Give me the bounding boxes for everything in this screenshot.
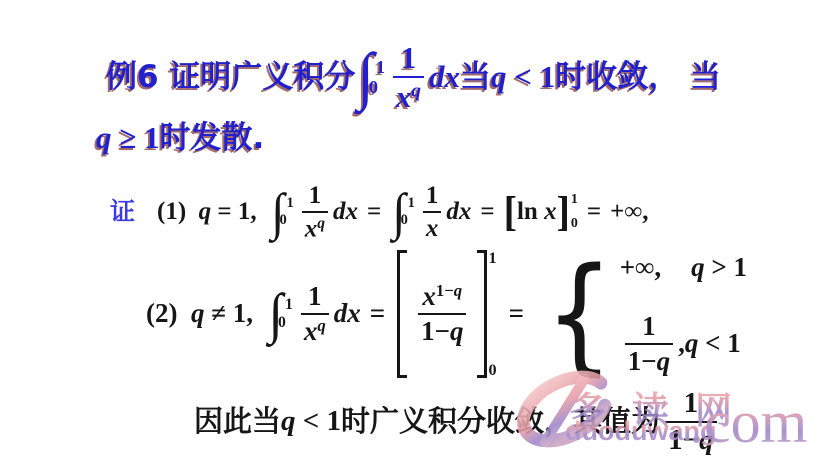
- den-one-minus: 1−: [628, 346, 657, 376]
- case2-cond: ≠ 1,: [204, 299, 253, 329]
- denominator: xq: [301, 315, 329, 345]
- case1-cond: = 1,: [211, 198, 257, 226]
- fraction-title: 1 xq: [393, 42, 424, 112]
- differential-dx: dx: [334, 299, 361, 329]
- bracket-limits: 1 0: [571, 193, 578, 231]
- fraction-1-over-x: 1 x: [423, 183, 442, 241]
- fraction-1-over-xq: 1 xq: [302, 183, 328, 242]
- ln-operator: ln: [517, 198, 544, 226]
- denominator: xq: [393, 78, 424, 112]
- fraction-value: 1 1−q: [665, 389, 717, 455]
- den-one-minus: 1−: [668, 424, 699, 456]
- denominator: 1−q: [418, 315, 466, 345]
- result-infinity: +∞,: [610, 198, 648, 226]
- num-base: x: [422, 281, 436, 311]
- fraction-1-over-xq: 1 xq: [301, 283, 329, 345]
- conclusion-text: 时广义积分收敛，其值为: [341, 406, 660, 438]
- integral-3: ∫ 1 0: [269, 289, 294, 339]
- bracket-lower: 0: [571, 217, 578, 231]
- title-line-1: 例6 证明广义积分 ∫ 1 0 1 xq dx 当q < 1时收敛， 当: [106, 34, 721, 120]
- denominator: 1−q: [625, 345, 673, 375]
- title-text-converge: 时收敛， 当: [555, 60, 721, 94]
- cases-block: +∞, q > 1 1 1−q , q < 1: [620, 250, 747, 378]
- den-base: x: [396, 79, 412, 114]
- bracketed-antiderivative: x1−q 1−q 1 0: [397, 250, 496, 378]
- conclusion-line: 因此当q < 1时广义积分收敛，其值为 1 1−q: [194, 388, 722, 456]
- exp-one-minus: 1−: [436, 281, 454, 300]
- upper-limit: 1: [376, 58, 385, 76]
- integral-title: ∫ 1 0: [357, 48, 386, 105]
- bracket-lower: 0: [488, 362, 496, 378]
- equals-sign: =: [509, 299, 524, 329]
- upper-limit: 1: [287, 196, 294, 211]
- numerator: x1−q: [419, 283, 465, 313]
- conclusion-lt-1: < 1: [296, 406, 342, 438]
- title-var-q: q: [491, 60, 507, 94]
- equals-sign: =: [370, 299, 385, 329]
- integral-sign: ∫: [271, 187, 284, 236]
- left-square-bracket: [397, 250, 407, 378]
- integral-sign: ∫: [357, 47, 374, 108]
- den-base: x: [305, 215, 318, 242]
- num-exponent: 1−q: [436, 281, 462, 300]
- upper-limit: 1: [408, 196, 415, 211]
- ln-argument-x: x: [544, 198, 557, 226]
- cases-brace: {: [545, 254, 614, 375]
- equals-sign: =: [587, 198, 601, 226]
- numerator: 1: [681, 389, 702, 421]
- differential-dx: dx: [429, 60, 460, 94]
- numerator: 1: [306, 183, 325, 211]
- cond-var-q: q: [685, 329, 699, 359]
- left-bracket: [: [504, 191, 517, 233]
- case2-label: (2): [146, 299, 177, 329]
- numerator: 1: [639, 313, 659, 343]
- slide: { "colors": { "title_blue": "#2020cf", "…: [0, 0, 827, 460]
- title2-var-q: q: [96, 121, 112, 155]
- den-q: q: [657, 346, 671, 376]
- conclusion-prefix: 因此当: [194, 406, 281, 438]
- den-one-minus: 1−: [421, 316, 450, 346]
- numerator: 1: [398, 42, 420, 76]
- equals-sign: =: [367, 198, 381, 226]
- bracket-limits: 1 0: [487, 250, 496, 378]
- fraction-1-over-1mq: 1 1−q: [625, 313, 673, 375]
- cond-var-q: q: [691, 253, 705, 283]
- differential-dx: dx: [333, 198, 358, 226]
- denominator: x: [423, 213, 442, 241]
- integral-sign: ∫: [392, 187, 405, 236]
- title2-geq-1: ≥ 1: [112, 121, 160, 155]
- den-exponent: q: [317, 316, 325, 335]
- den-base: x: [304, 316, 318, 346]
- equals-sign: =: [480, 198, 494, 226]
- proof-marker: 证: [110, 198, 135, 226]
- integral-sign: ∫: [269, 287, 283, 340]
- integral-1: ∫ 1 0: [271, 189, 295, 235]
- title-line-2: q ≥ 1时发散.: [96, 112, 264, 164]
- title-text-dang: 当: [460, 60, 491, 94]
- value-infinity: +∞,: [620, 253, 661, 283]
- right-bracket: ]: [557, 191, 570, 233]
- numerator: 1: [305, 283, 325, 313]
- denominator: 1−q: [665, 423, 717, 455]
- denominator: xq: [302, 213, 328, 242]
- bracket-upper: 1: [488, 250, 496, 266]
- case1-label: (1): [157, 198, 186, 226]
- cond-lt-1: < 1: [698, 329, 740, 359]
- cond-gt-1: > 1: [705, 253, 747, 283]
- differential-dx: dx: [446, 198, 471, 226]
- case1-var-q: q: [199, 198, 212, 226]
- den-exponent: q: [317, 215, 325, 232]
- upper-limit: 1: [285, 297, 293, 313]
- title2-text-diverge: 时发散.: [160, 121, 265, 155]
- case-row-q-lt-1: 1 1−q , q < 1: [620, 313, 747, 375]
- integral-2: ∫ 1 0: [392, 189, 416, 235]
- numerator: 1: [423, 183, 442, 211]
- case2-var-q: q: [191, 299, 205, 329]
- comma: ,: [678, 329, 685, 359]
- bracket-upper: 1: [571, 193, 578, 207]
- den-exponent: q: [411, 80, 421, 101]
- exp-q: q: [454, 281, 462, 300]
- fraction-x1q-over-1q: x1−q 1−q: [418, 283, 466, 345]
- case-row-q-gt-1: +∞, q > 1: [620, 253, 747, 283]
- conclusion-var-q: q: [281, 406, 296, 438]
- den-q: q: [699, 424, 714, 456]
- title-lt-1: < 1: [507, 60, 556, 94]
- den-q: q: [450, 316, 464, 346]
- right-square-bracket: [477, 250, 487, 378]
- proof-line-2: (2) q ≠ 1, ∫ 1 0 1 xq dx = x1−q 1−q 1 0 …: [146, 250, 747, 378]
- title-text-prefix: 例6 证明广义积分: [106, 60, 355, 94]
- proof-line-1: 证 (1) q = 1, ∫ 1 0 1 xq dx = ∫ 1 0 1 x d…: [110, 176, 648, 248]
